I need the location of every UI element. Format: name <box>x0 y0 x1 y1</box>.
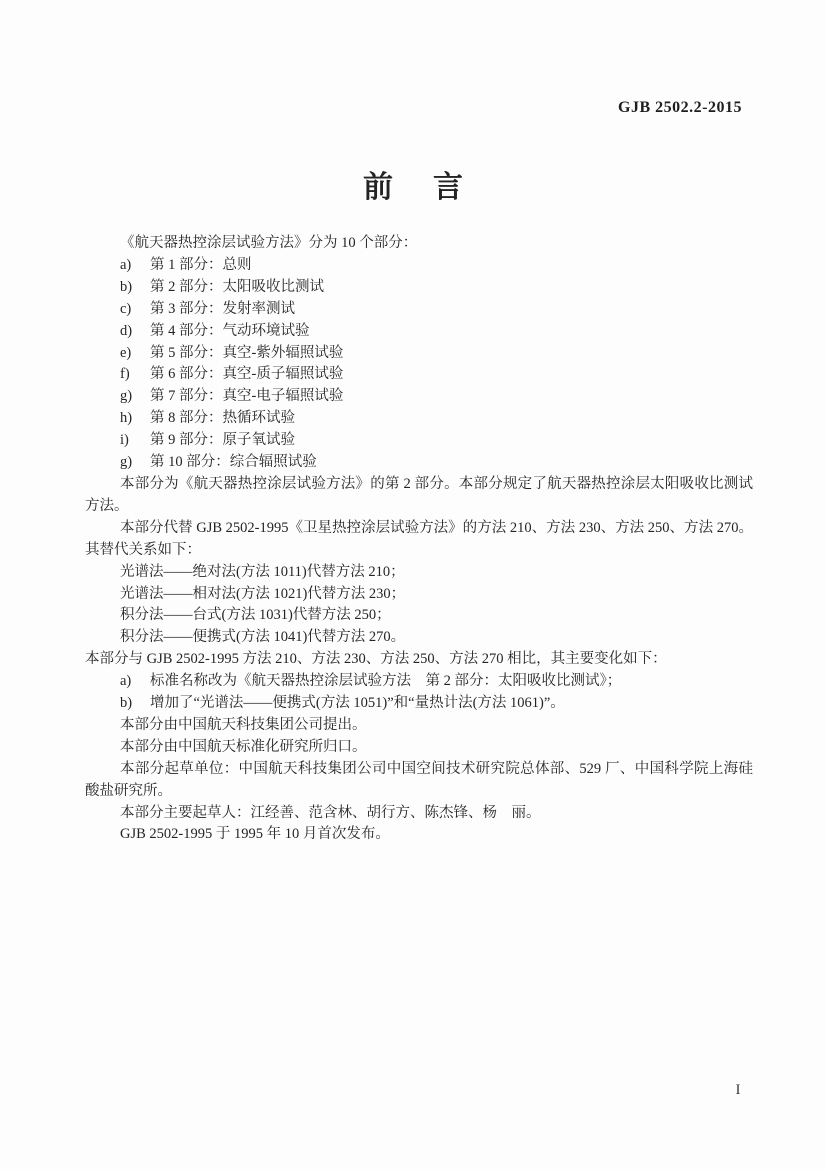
part-list-label: b) <box>120 277 150 299</box>
changes-intro: 本部分与 GJB 2502-1995 方法 210、方法 230、方法 250、… <box>85 649 753 671</box>
part-list-label: h) <box>120 408 150 430</box>
part-list-text: 第 9 部分：原子氧试验 <box>150 432 295 448</box>
proposed-by: 本部分由中国航天科技集团公司提出。 <box>85 715 753 737</box>
part-list-text: 第 1 部分：总则 <box>150 257 252 273</box>
part-list-item: h)第 8 部分：热循环试验 <box>120 408 753 430</box>
part-list-label: g) <box>120 452 150 474</box>
change-list-label: a) <box>120 671 150 693</box>
change-list-item: b)增加了“光谱法——便携式(方法 1051)”和“量热计法(方法 1061)”… <box>120 693 753 715</box>
part-list-item: g)第 7 部分：真空-电子辐照试验 <box>120 386 753 408</box>
change-list-text: 增加了“光谱法——便携式(方法 1051)”和“量热计法(方法 1061)”。 <box>150 695 565 711</box>
substitution-line: 积分法——台式(方法 1031)代替方法 250； <box>85 605 753 627</box>
part-list-item: i)第 9 部分：原子氧试验 <box>120 430 753 452</box>
part-list-item: b)第 2 部分：太阳吸收比测试 <box>120 277 753 299</box>
centralized-by: 本部分由中国航天标准化研究所归口。 <box>85 737 753 759</box>
foreword-scope: 本部分为《航天器热控涂层试验方法》的第 2 部分。本部分规定了航天器热控涂层太阳… <box>85 474 753 518</box>
part-list-text: 第 7 部分：真空-电子辐照试验 <box>150 388 343 404</box>
part-list-text: 第 3 部分：发射率测试 <box>150 301 295 317</box>
first-issue-note: GJB 2502-1995 于 1995 年 10 月首次发布。 <box>85 824 753 846</box>
foreword-body: 《航天器热控涂层试验方法》分为 10 个部分： a)第 1 部分：总则 b)第 … <box>85 233 753 846</box>
change-list-text: 标准名称改为《航天器热控涂层试验方法 第 2 部分：太阳吸收比测试》； <box>150 673 621 689</box>
drafting-units: 本部分起草单位：中国航天科技集团公司中国空间技术研究院总体部、529 厂、中国科… <box>85 759 753 803</box>
page-title: 前言 <box>0 162 826 206</box>
part-list-label: i) <box>120 430 150 452</box>
part-list-text: 第 8 部分：热循环试验 <box>150 410 295 426</box>
doc-number: GJB 2502.2-2015 <box>618 99 742 117</box>
foreword-intro: 《航天器热控涂层试验方法》分为 10 个部分： <box>85 233 753 255</box>
part-list-item: f)第 6 部分：真空-质子辐照试验 <box>120 364 753 386</box>
change-list-item: a)标准名称改为《航天器热控涂层试验方法 第 2 部分：太阳吸收比测试》； <box>120 671 753 693</box>
part-list-text: 第 5 部分：真空-紫外辐照试验 <box>150 345 343 361</box>
part-list-label: e) <box>120 343 150 365</box>
document-page: GJB 2502.2-2015 前言 《航天器热控涂层试验方法》分为 10 个部… <box>0 0 826 1169</box>
substitution-line: 积分法——便携式(方法 1041)代替方法 270。 <box>85 627 753 649</box>
part-list-item: c)第 3 部分：发射率测试 <box>120 299 753 321</box>
part-list-item: e)第 5 部分：真空-紫外辐照试验 <box>120 343 753 365</box>
part-list-text: 第 4 部分：气动环境试验 <box>150 323 310 339</box>
page-number: I <box>726 1082 750 1099</box>
substitution-line: 光谱法——相对法(方法 1021)代替方法 230； <box>85 584 753 606</box>
change-list-label: b) <box>120 693 150 715</box>
part-list-text: 第 10 部分：综合辐照试验 <box>150 454 317 470</box>
part-list-text: 第 2 部分：太阳吸收比测试 <box>150 279 324 295</box>
part-list-label: d) <box>120 321 150 343</box>
part-list-item: a)第 1 部分：总则 <box>120 255 753 277</box>
part-list-text: 第 6 部分：真空-质子辐照试验 <box>150 366 343 382</box>
page-title-char-2: 言 <box>433 171 463 204</box>
part-list-label: f) <box>120 364 150 386</box>
foreword-replaces: 本部分代替 GJB 2502-1995《卫星热控涂层试验方法》的方法 210、方… <box>85 518 753 562</box>
part-list-label: g) <box>120 386 150 408</box>
page-title-char-1: 前 <box>363 171 393 204</box>
part-list-label: a) <box>120 255 150 277</box>
part-list-item: g)第 10 部分：综合辐照试验 <box>120 452 753 474</box>
part-list-label: c) <box>120 299 150 321</box>
part-list-item: d)第 4 部分：气动环境试验 <box>120 321 753 343</box>
substitution-line: 光谱法——绝对法(方法 1011)代替方法 210； <box>85 562 753 584</box>
drafters: 本部分主要起草人：江经善、范含林、胡行方、陈杰锋、杨 丽。 <box>85 803 753 825</box>
